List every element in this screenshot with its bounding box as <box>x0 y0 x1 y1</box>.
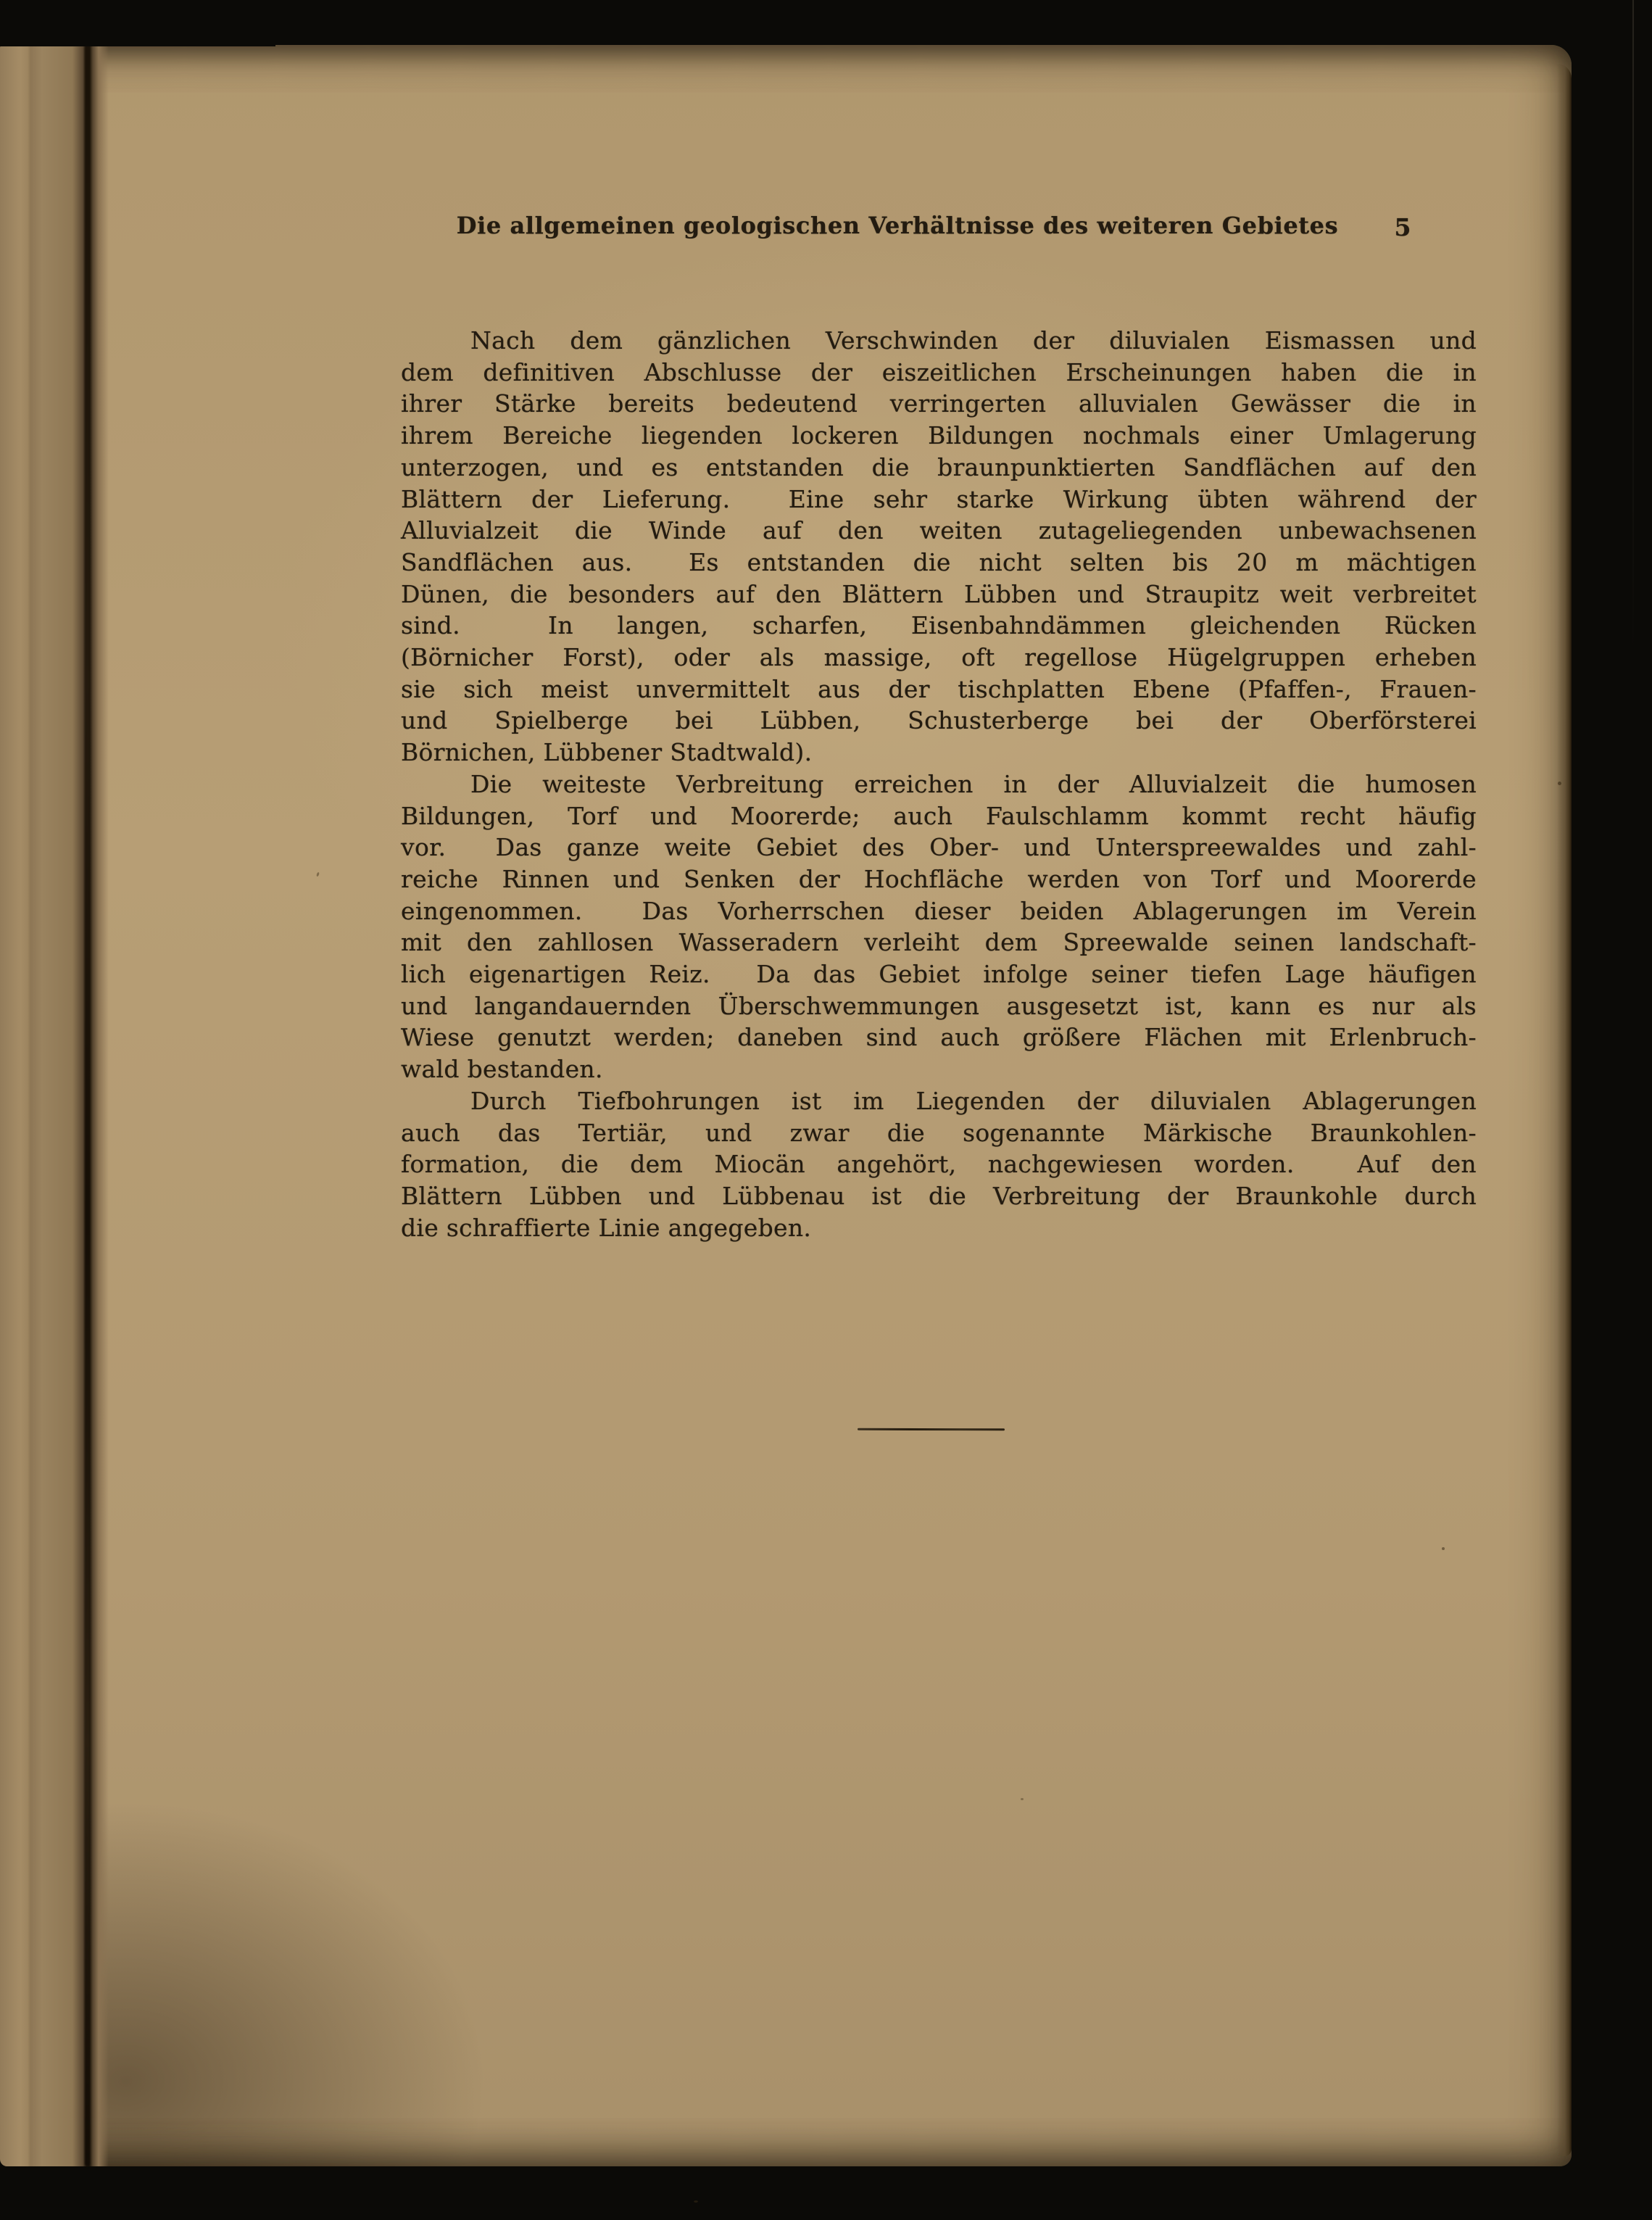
text-line: und Spielberge bei Lübben, Schusterberge… <box>401 705 1477 737</box>
header-title: Die allgemeinen geologischen Verhältniss… <box>457 212 1339 239</box>
text-line: (Börnicher Forst), oder als massige, oft… <box>401 642 1477 674</box>
body-text: Nach dem gänzlichen Verschwinden der dil… <box>401 325 1477 1243</box>
text-line: Sandflächen aus. Es entstanden die nicht… <box>401 547 1477 579</box>
text-line: unterzogen, und es entstanden die braunp… <box>401 452 1477 484</box>
binding-crease <box>85 45 90 2166</box>
binding-gutter <box>0 45 109 2166</box>
text-line: Blättern Lübben und Lübbenau ist die Ver… <box>401 1180 1477 1212</box>
text-line: Alluvialzeit die Winde auf den weiten zu… <box>401 515 1477 547</box>
text-line: und langandauernden Überschwemmungen aus… <box>401 990 1477 1022</box>
paper-speck <box>1021 1798 1024 1800</box>
book-page: Die allgemeinen geologischen Verhältniss… <box>0 45 1572 2166</box>
text-line: die schraffierte Linie angegeben. <box>401 1212 1477 1244</box>
text-line: auch das Tertiär, und zwar die sogenannt… <box>401 1117 1477 1149</box>
text-line: wald bestanden. <box>401 1053 1477 1085</box>
text-line: sind. In langen, scharfen, Eisenbahndämm… <box>401 610 1477 642</box>
paper-speck <box>1442 1547 1445 1550</box>
paper-speck <box>694 2200 698 2203</box>
text-line: Dünen, die besonders auf den Blättern Lü… <box>401 579 1477 610</box>
running-header: Die allgemeinen geologischen Verhältniss… <box>401 203 1477 247</box>
backdrop-overlap <box>0 35 275 46</box>
text-line: Die weiteste Verbreitung erreichen in de… <box>401 769 1477 800</box>
text-line: Nach dem gänzlichen Verschwinden der dil… <box>401 325 1477 357</box>
page-stack-edge <box>1557 64 1572 2156</box>
text-line: ihrem Bereiche liegenden lockeren Bildun… <box>401 420 1477 452</box>
text-line: reiche Rinnen und Senken der Hochfläche … <box>401 863 1477 895</box>
text-line: mit den zahllosen Wasseradern verleiht d… <box>401 927 1477 958</box>
text-line: Durch Tiefbohrungen ist im Liegenden der… <box>401 1085 1477 1117</box>
text-line: dem definitiven Abschlusse der eiszeitli… <box>401 357 1477 389</box>
text-line: eingenommen. Das Vorherrschen dieser bei… <box>401 895 1477 927</box>
photo-backdrop: Die allgemeinen geologischen Verhältniss… <box>0 0 1652 2220</box>
text-line: ihrer Stärke bereits bedeutend verringer… <box>401 388 1477 420</box>
text-line: Börnichen, Lübbener Stadtwald). <box>401 737 1477 769</box>
paper-speck <box>1558 782 1561 785</box>
text-line: Wiese genutzt werden; daneben sind auch … <box>401 1022 1477 1053</box>
text-line: Bildungen, Torf und Moorerde; auch Fauls… <box>401 800 1477 832</box>
paper-speck <box>316 872 320 877</box>
text-line: sie sich meist unvermittelt aus der tisc… <box>401 674 1477 705</box>
text-line: formation, die dem Miocän angehört, nach… <box>401 1148 1477 1180</box>
text-line: Blättern der Lieferung. Eine sehr starke… <box>401 484 1477 515</box>
section-divider-rule <box>858 1428 1005 1431</box>
text-line: vor. Das ganze weite Gebiet des Ober- un… <box>401 832 1477 863</box>
print-area: Die allgemeinen geologischen Verhältniss… <box>401 203 1477 247</box>
page-number: 5 <box>1394 213 1411 241</box>
text-line: lich eigenartigen Reiz. Da das Gebiet in… <box>401 958 1477 990</box>
backdrop-scratch <box>1632 0 1634 653</box>
